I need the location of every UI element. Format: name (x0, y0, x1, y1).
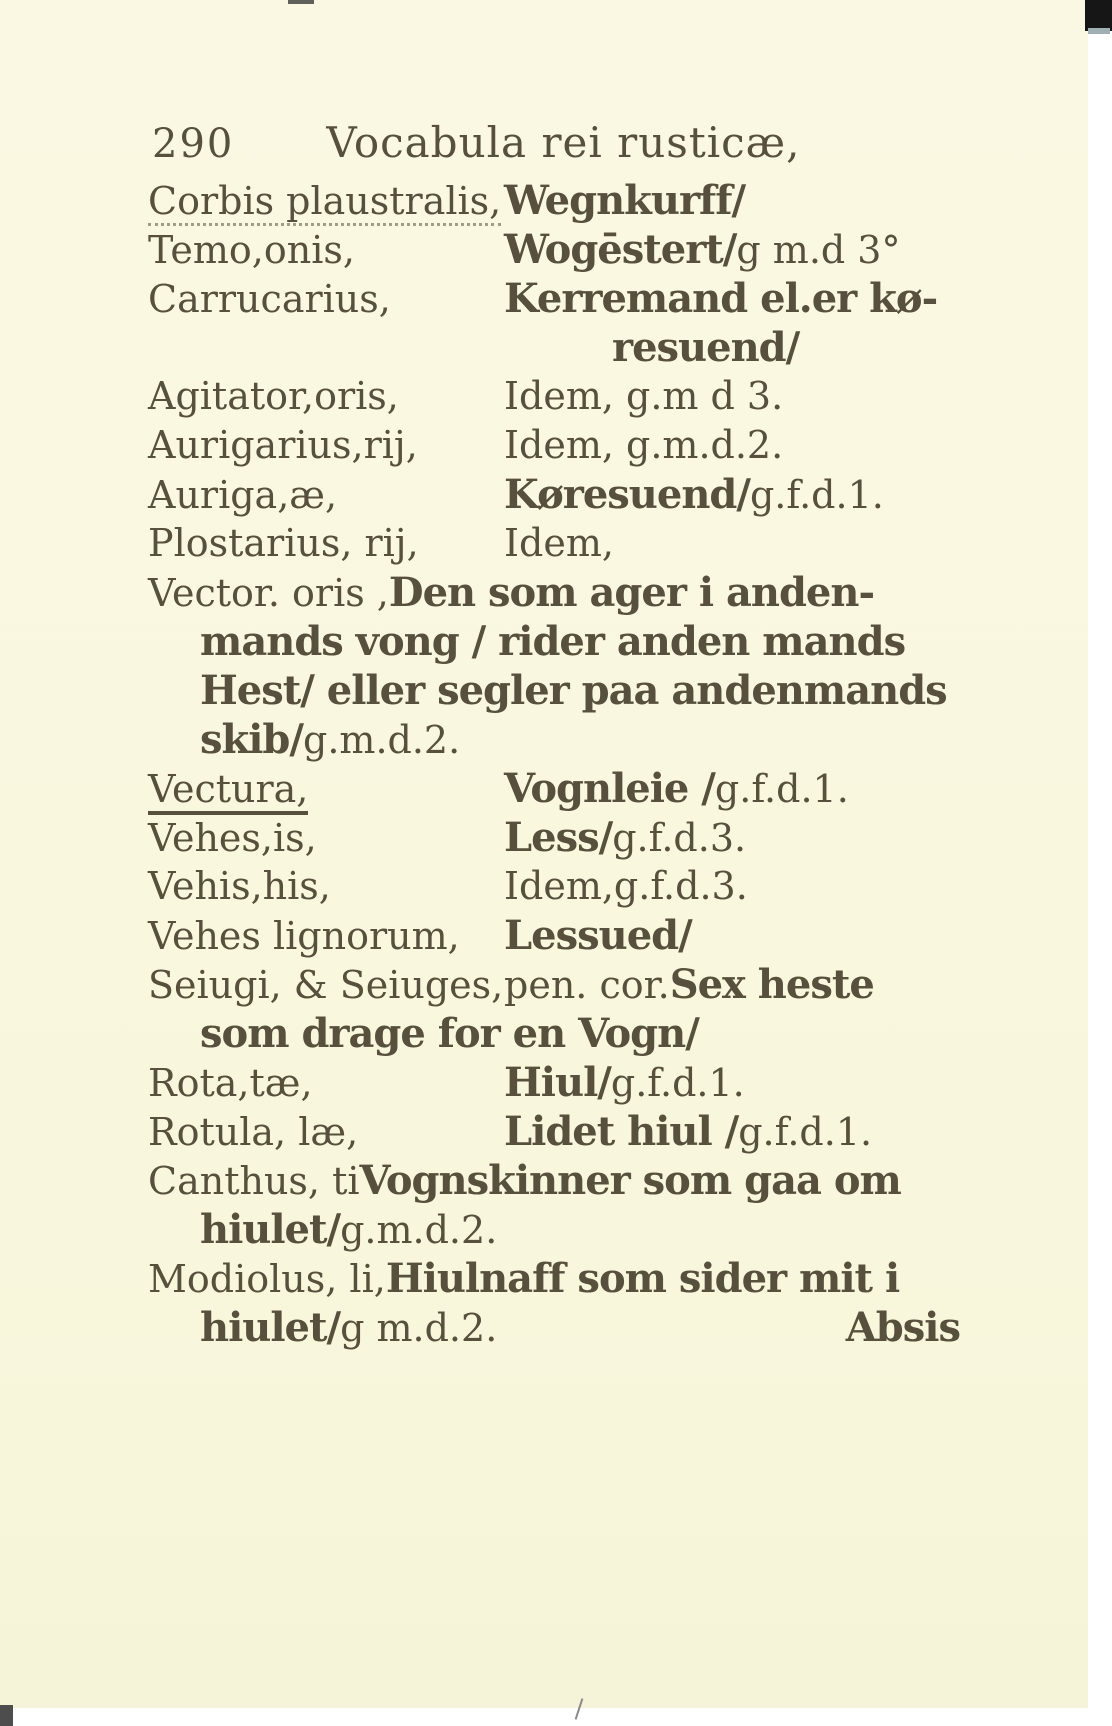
latin-text: Idem,g.f.d.3. (504, 862, 748, 911)
dictionary-line: Plostarius, rij,Idem, (148, 519, 960, 568)
dictionary-line: Vehes lignorum,Lessued/ (148, 911, 960, 960)
latin-column: Vehes lignorum, (148, 912, 504, 968)
danish-text: Less/ (504, 813, 612, 862)
danish-text: skib/ (200, 715, 303, 764)
danish-column: pen. cor. Sex heste (504, 960, 960, 1010)
latin-text: g.m.d.2. (303, 716, 460, 765)
danish-text: Vognskinner som gaa om (360, 1156, 901, 1205)
latin-text: Canthus, ti (148, 1157, 360, 1206)
latin-text: Seiugi, & Seiuges, (148, 963, 503, 1007)
dictionary-line: Vectura,Vognleie / g.f.d.1. (148, 764, 960, 813)
latin-column: Agitator,oris, (148, 372, 504, 428)
latin-column: Aurigarius,rij, (148, 421, 504, 477)
latin-text: Rotula, læ, (148, 1110, 358, 1154)
danish-column: Idem,g.f.d.3. (504, 862, 960, 911)
danish-text: Køresuend/ (504, 470, 750, 519)
danish-text: Vognleie / (504, 764, 715, 813)
latin-text: g.f.d.1. (750, 471, 884, 520)
danish-text: Kerremand el.er kø- (504, 274, 937, 323)
danish-column: Vognleie / g.f.d.1. (504, 764, 960, 814)
danish-column: Wegnkurff/ (504, 176, 960, 225)
scan-corner-shadow (1088, 28, 1110, 34)
latin-column: Temo,onis, (148, 226, 504, 282)
danish-text: hiulet/ (200, 1303, 340, 1352)
latin-column: Corbis plaustralis, (148, 177, 504, 233)
danish-column: Wogēstert/g m.d 3° (504, 225, 960, 275)
scan-corner-artifact (1085, 0, 1112, 31)
latin-column: Vectura, (148, 765, 504, 821)
danish-text: Hest/ eller segler paa andenmands (200, 666, 947, 715)
latin-text: g m.d 3° (736, 226, 900, 275)
danish-text: Wogēstert/ (504, 225, 736, 274)
page-number: 290 (152, 121, 234, 167)
danish-column: Lessued/ (504, 911, 960, 960)
latin-text: Idem, (504, 519, 614, 568)
dictionary-line: Seiugi, & Seiuges,pen. cor. Sex heste (148, 960, 960, 1009)
dictionary-line: hiulet/g m.d.2.Absis (148, 1303, 960, 1352)
latin-text: Vectura, (148, 767, 308, 815)
catchword: Absis (846, 1303, 960, 1352)
danish-column: resuend/ (504, 323, 960, 372)
dictionary-line: Rota,tæ,Hiul/ g.f.d.1. (148, 1058, 960, 1107)
danish-column: Idem, (504, 519, 960, 568)
dictionary-line: Hest/ eller segler paa andenmands (148, 666, 960, 715)
latin-text: Vector. oris , (148, 569, 389, 618)
dictionary-line: hiulet/g.m.d.2. (148, 1205, 960, 1254)
dictionary-line: Canthus, ti Vognskinner som gaa om (148, 1156, 960, 1205)
danish-column: Køresuend/g.f.d.1. (504, 470, 960, 520)
dictionary-line: Corbis plaustralis,Wegnkurff/ (148, 176, 960, 225)
danish-column: Idem, g.m d 3. (504, 372, 960, 421)
latin-text: Corbis plaustralis, (148, 179, 501, 226)
dictionary-line: Temo,onis,Wogēstert/g m.d 3° (148, 225, 960, 274)
latin-text: Temo,onis, (148, 228, 355, 272)
danish-text: Lessued/ (504, 911, 692, 960)
danish-text: Hiul/ (504, 1058, 611, 1107)
danish-text: Hiulnaff som sider mit i (386, 1254, 899, 1303)
danish-text: Sex heste (670, 960, 874, 1009)
latin-text: Idem, g.m.d.2. (504, 421, 783, 470)
dictionary-line: skib/g.m.d.2. (148, 715, 960, 764)
latin-text: g.m.d.2. (340, 1206, 497, 1255)
latin-text: Vehes lignorum, (148, 914, 460, 958)
dictionary-line: Aurigarius,rij,Idem, g.m.d.2. (148, 421, 960, 470)
latin-text: Modiolus, li, (148, 1255, 386, 1304)
book-page: 290 Vocabula rei rusticæ, Corbis plaustr… (0, 0, 1088, 1708)
dictionary-line: Modiolus, li, Hiulnaff som sider mit i (148, 1254, 960, 1303)
latin-text: g.f.d.1. (738, 1108, 872, 1157)
danish-text: Lidet hiul / (504, 1107, 738, 1156)
danish-column: Lidet hiul / g.f.d.1. (504, 1107, 960, 1157)
dictionary-line: Vehes,is,Less/g.f.d.3. (148, 813, 960, 862)
ink-smudge-artifact (288, 0, 314, 4)
danish-column: Less/g.f.d.3. (504, 813, 960, 863)
latin-column: Rota,tæ, (148, 1059, 504, 1115)
dictionary-line: mands vong / rider anden mands (148, 617, 960, 666)
danish-text: Wegnkurff/ (504, 176, 745, 225)
latin-text: Plostarius, rij, (148, 521, 419, 565)
danish-text: resuend/ (612, 323, 799, 372)
dictionary-line: Vehis,his,Idem,g.f.d.3. (148, 862, 960, 911)
dictionary-line: som drage for en Vogn/ (148, 1009, 960, 1058)
page-title: Vocabula rei rusticæ, (326, 118, 800, 167)
danish-column: Idem, g.m.d.2. (504, 421, 960, 470)
dictionary-line: Agitator,oris,Idem, g.m d 3. (148, 372, 960, 421)
latin-text: Idem, g.m d 3. (504, 372, 783, 421)
danish-text: mands vong / rider anden mands (200, 617, 905, 666)
scan-edge-artifact (0, 1705, 13, 1726)
danish-column: Kerremand el.er kø- (504, 274, 960, 323)
latin-text: g.f.d.3. (612, 814, 746, 863)
latin-text: Vehis,his, (148, 864, 331, 908)
dictionary-line: Carrucarius,Kerremand el.er kø- (148, 274, 960, 323)
latin-text: g.f.d.1. (611, 1059, 745, 1108)
latin-column: Plostarius, rij, (148, 519, 504, 575)
latin-text: g m.d.2. (340, 1304, 497, 1353)
danish-text: Den som ager i anden- (389, 568, 874, 617)
dictionary-entries: Corbis plaustralis,Wegnkurff/Temo,onis,W… (148, 176, 960, 1352)
latin-text: Aurigarius,rij, (148, 423, 418, 467)
latin-text: Auriga,æ, (148, 473, 337, 517)
latin-text: Agitator,oris, (148, 374, 399, 418)
latin-text: Carrucarius, (148, 277, 391, 321)
danish-column: Hiul/ g.f.d.1. (504, 1058, 960, 1108)
latin-text: g.f.d.1. (715, 765, 849, 814)
dictionary-line: Auriga,æ,Køresuend/g.f.d.1. (148, 470, 960, 519)
dictionary-line: Vector. oris , Den som ager i anden- (148, 568, 960, 617)
latin-column: Carrucarius, (148, 275, 504, 331)
dictionary-line: Rotula, læ,Lidet hiul / g.f.d.1. (148, 1107, 960, 1156)
danish-text: hiulet/ (200, 1205, 340, 1254)
danish-text: som drage for en Vogn/ (200, 1009, 699, 1058)
latin-text: pen. cor. (504, 961, 670, 1010)
latin-text: Vehes,is, (148, 816, 317, 860)
latin-text: Rota,tæ, (148, 1061, 313, 1105)
page-header-line: 290 Vocabula rei rusticæ, (152, 118, 962, 167)
latin-column: Vehis,his, (148, 862, 504, 918)
